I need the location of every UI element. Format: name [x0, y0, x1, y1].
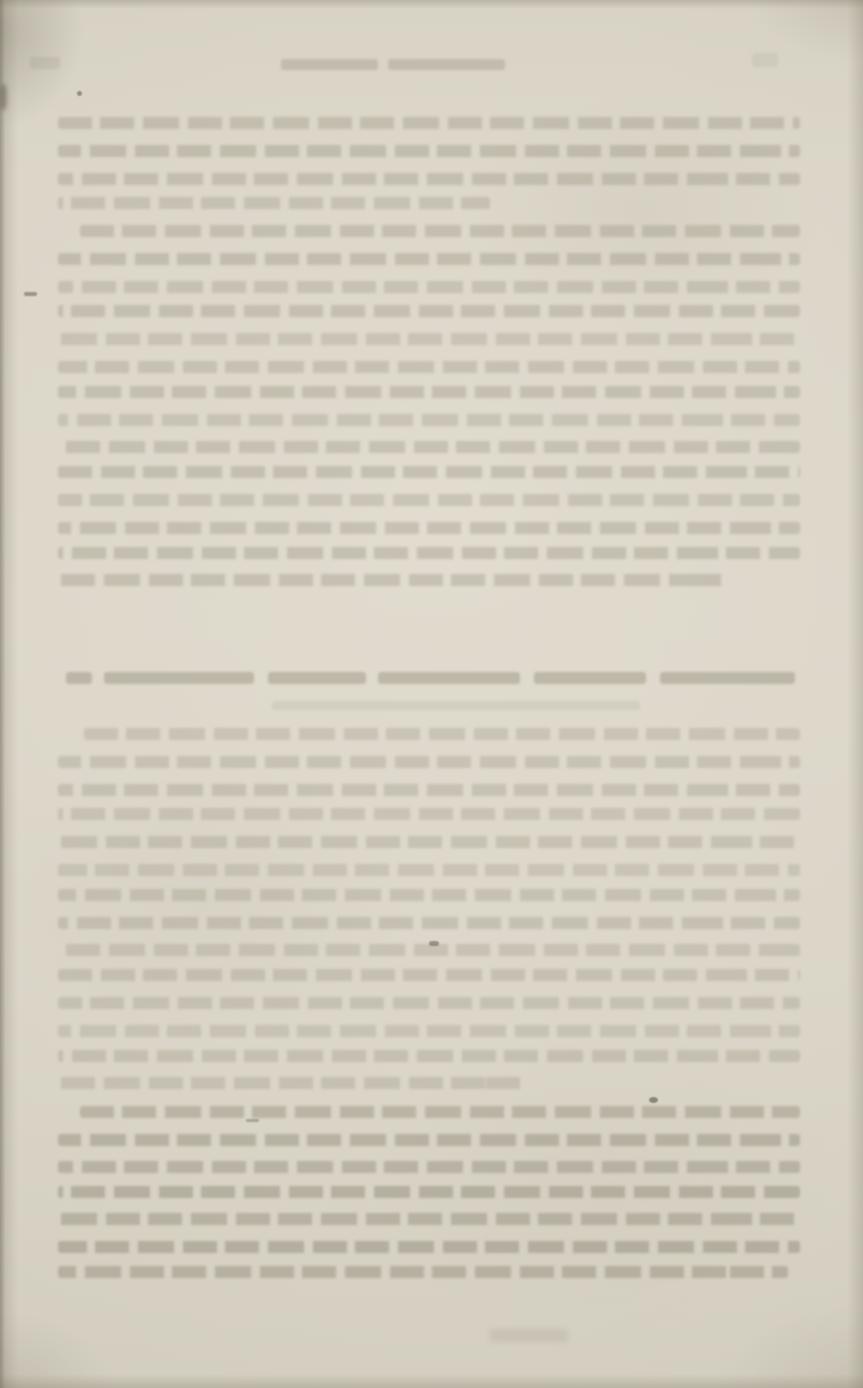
text-line [58, 1134, 800, 1146]
scanned-page [0, 0, 863, 1388]
margin-dash [24, 292, 37, 296]
page-edge-shadow-left [0, 0, 18, 1388]
heading-fragment [378, 672, 520, 684]
text-line [58, 281, 800, 293]
ink-speck [77, 91, 82, 96]
text-line [58, 836, 800, 848]
text-line [80, 1106, 800, 1118]
text-line [58, 1186, 800, 1198]
heading-fragment [66, 672, 92, 684]
text-line [58, 1025, 800, 1037]
text-line [58, 997, 800, 1009]
text-line [58, 756, 800, 768]
text-line [58, 944, 800, 956]
text-line [84, 728, 800, 740]
running-head-fragment [281, 59, 378, 70]
text-line [58, 969, 800, 981]
bottom-smudge [490, 1329, 568, 1342]
running-head-fragment [388, 59, 505, 70]
text-line [58, 173, 800, 185]
heading-fragment [660, 672, 795, 684]
text-line [58, 917, 800, 929]
text-line [58, 1077, 525, 1089]
text-line [58, 414, 800, 426]
text-line [58, 547, 800, 559]
text-line [58, 1213, 800, 1225]
text-line [58, 522, 800, 534]
ink-dot [649, 1097, 658, 1103]
page-edge-shadow-top [0, 0, 863, 9]
double-speck [429, 941, 439, 946]
text-line [58, 145, 800, 157]
page-edge-notch [0, 84, 7, 110]
text-line [58, 1050, 800, 1062]
text-line [58, 1161, 800, 1173]
page-edge-shadow-bottom [0, 1374, 863, 1388]
page-number-left [30, 57, 60, 69]
text-line [58, 117, 800, 129]
text-line [58, 386, 800, 398]
heading-fragment [268, 672, 366, 684]
small-dash [246, 1119, 259, 1122]
text-line [58, 441, 800, 453]
heading-fragment [272, 701, 640, 710]
text-line [58, 1266, 788, 1278]
text-line [58, 466, 800, 478]
text-line [80, 225, 800, 237]
page-edge-shadow-right [847, 0, 863, 1388]
text-line [58, 889, 800, 901]
text-line [58, 333, 800, 345]
text-line [58, 808, 800, 820]
text-line [58, 864, 800, 876]
heading-fragment [534, 672, 646, 684]
text-line [58, 494, 800, 506]
text-line [58, 197, 490, 209]
text-line [58, 784, 800, 796]
page-number-right [752, 53, 778, 67]
text-line [58, 253, 800, 265]
text-line [58, 361, 800, 373]
text-line [58, 1241, 800, 1253]
text-line [58, 574, 726, 586]
heading-fragment [104, 672, 254, 684]
text-line [58, 305, 800, 317]
